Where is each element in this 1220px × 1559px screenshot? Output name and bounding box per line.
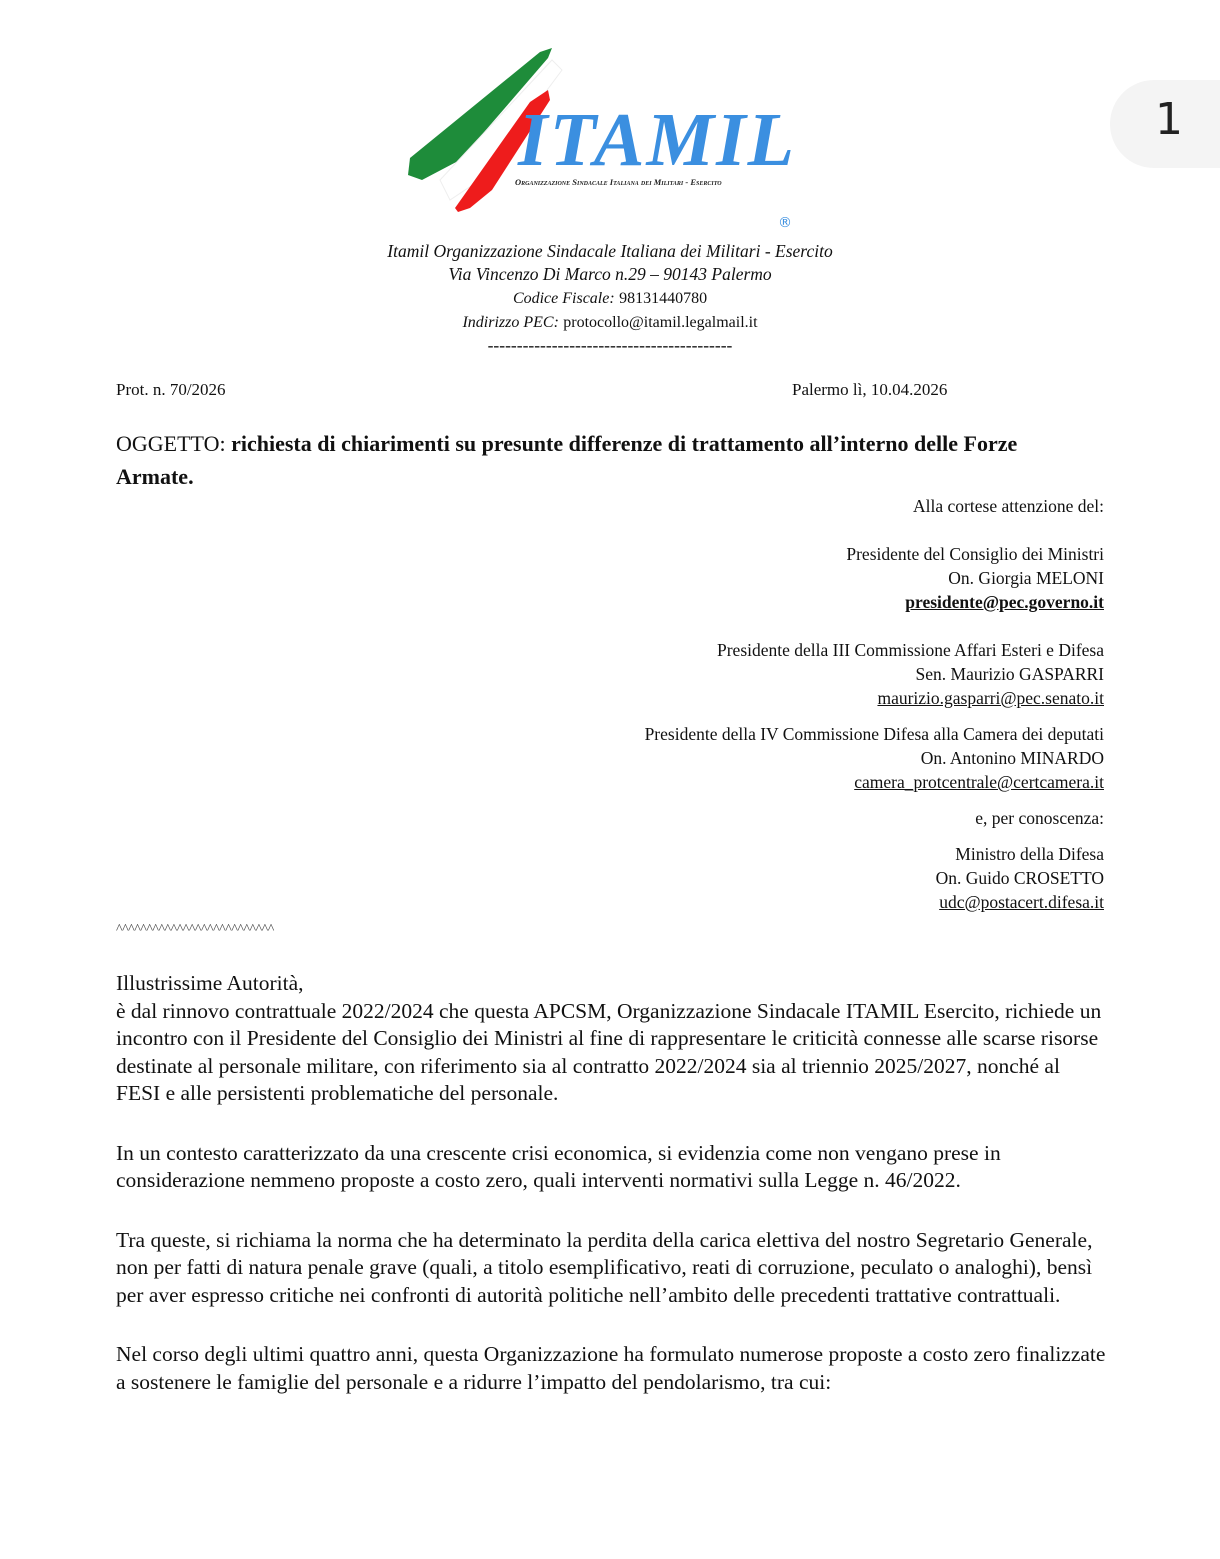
page-number-badge: 1 <box>1110 80 1220 168</box>
pec-email[interactable]: protocollo@itamil.legalmail.it <box>563 314 757 331</box>
caret-separator: ^^^^^^^^^^^^^^^^^^^^^^^^^^ <box>116 922 274 938</box>
letterhead: Itamil Organizzazione Sindacale Italiana… <box>0 240 1220 357</box>
recipient-role: Ministro della Difesa <box>645 842 1104 866</box>
tax-code-value: 98131440780 <box>619 290 707 307</box>
tax-code-label: Codice Fiscale: <box>513 290 615 307</box>
registered-trademark-icon: ® <box>778 215 792 231</box>
recipient-senate-commission: Presidente della III Commissione Affari … <box>645 638 1104 710</box>
salutation: Illustrissime Autorità, <box>116 970 1106 998</box>
body-paragraph: Nel corso degli ultimi quattro anni, que… <box>116 1341 1106 1396</box>
recipient-email[interactable]: presidente@pec.governo.it <box>905 592 1104 612</box>
subject-line: OGGETTO: richiesta di chiarimenti su pre… <box>116 427 1096 493</box>
body-paragraph: è dal rinnovo contrattuale 2022/2024 che… <box>116 998 1106 1108</box>
tax-code-line: Codice Fiscale: 98131440780 <box>0 286 1220 310</box>
letter-body: Illustrissime Autorità, è dal rinnovo co… <box>116 970 1106 1428</box>
page-number: 1 <box>1155 94 1183 145</box>
recipient-email[interactable]: maurizio.gasparri@pec.senato.it <box>877 688 1104 708</box>
recipient-role: Presidente della III Commissione Affari … <box>645 638 1104 662</box>
recipient-defence-minister: Ministro della Difesa On. Guido CROSETTO… <box>645 842 1104 914</box>
protocol-number: Prot. n. 70/2026 <box>116 380 226 400</box>
recipient-email[interactable]: camera_protcentrale@certcamera.it <box>854 772 1104 792</box>
itamil-logo: ITAMIL Organizzazione Sindacale Italiana… <box>400 40 820 240</box>
pec-line: Indirizzo PEC: protocollo@itamil.legalma… <box>0 310 1220 334</box>
recipient-name: On. Antonino MINARDO <box>645 746 1104 770</box>
recipient-role: Presidente della IV Commissione Difesa a… <box>645 722 1104 746</box>
org-name: Itamil Organizzazione Sindacale Italiana… <box>0 240 1220 263</box>
recipients-block: Alla cortese attenzione del: Presidente … <box>645 494 1104 914</box>
subject-label: OGGETTO: <box>116 431 226 456</box>
recipients-intro: Alla cortese attenzione del: <box>645 494 1104 518</box>
recipient-role: Presidente del Consiglio dei Ministri <box>645 542 1104 566</box>
recipient-chamber-commission: Presidente della IV Commissione Difesa a… <box>645 722 1104 794</box>
logo-wordmark: ITAMIL <box>518 102 796 178</box>
recipient-pm: Presidente del Consiglio dei Ministri On… <box>645 542 1104 614</box>
org-address: Via Vincenzo Di Marco n.29 – 90143 Paler… <box>0 263 1220 286</box>
body-paragraph: In un contesto caratterizzato da una cre… <box>116 1140 1106 1195</box>
logo-subtitle: Organizzazione Sindacale Italiana dei Mi… <box>515 177 722 187</box>
pec-label: Indirizzo PEC: <box>462 314 558 331</box>
body-paragraph: Tra queste, si richiama la norma che ha … <box>116 1227 1106 1310</box>
header-separator: ----------------------------------------… <box>0 334 1220 357</box>
subject-text: richiesta di chiarimenti su presunte dif… <box>116 431 1017 489</box>
recipient-name: On. Giorgia MELONI <box>645 566 1104 590</box>
recipient-name: Sen. Maurizio GASPARRI <box>645 662 1104 686</box>
cc-label: e, per conoscenza: <box>645 806 1104 830</box>
recipient-email[interactable]: udc@postacert.difesa.it <box>939 892 1104 912</box>
letter-date: Palermo lì, 10.04.2026 <box>792 380 947 400</box>
recipient-name: On. Guido CROSETTO <box>645 866 1104 890</box>
